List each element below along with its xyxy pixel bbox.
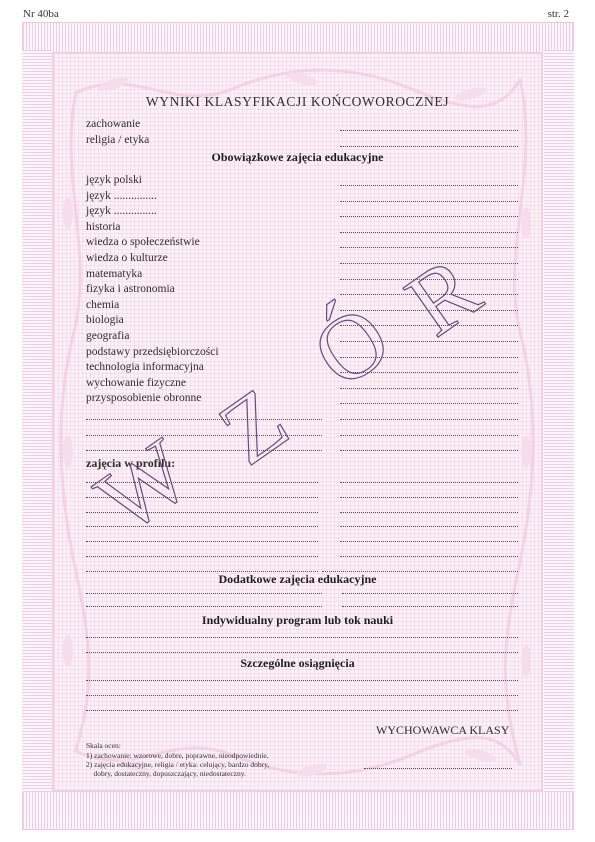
subject-label: fizyka i astronomia <box>86 283 175 295</box>
subject-label: matematyka <box>86 268 142 280</box>
additional-subject-field[interactable] <box>86 606 322 607</box>
signature-field[interactable] <box>364 768 512 769</box>
form-number: Nr 40ba <box>23 8 59 20</box>
subject-grade-field[interactable] <box>340 201 518 202</box>
grading-scale-line: dobry, dostateczny, dopuszczający, niedo… <box>86 769 246 778</box>
section-mandatory: Obowiązkowe zajęcia edukacyjne <box>0 150 595 165</box>
top-item-label: zachowanie <box>86 118 140 130</box>
subject-grade-field[interactable] <box>340 216 518 217</box>
subject-label: język ............... <box>86 205 157 217</box>
subject-label: język polski <box>86 174 142 186</box>
subject-grade-field[interactable] <box>340 403 518 404</box>
grading-scale-heading: Skala ocen: <box>86 741 121 750</box>
achievements-field[interactable] <box>86 680 518 681</box>
subject-label: technologia informacyjna <box>86 361 204 373</box>
profile-grade-field[interactable] <box>340 556 518 557</box>
profile-subject-field[interactable] <box>86 541 318 542</box>
extra-subject-field[interactable] <box>86 419 322 420</box>
profile-subject-field[interactable] <box>86 556 318 557</box>
subject-label: biologia <box>86 314 124 326</box>
individual-program-field[interactable] <box>86 637 518 638</box>
individual-program-field[interactable] <box>86 652 518 653</box>
profile-grade-field[interactable] <box>340 512 518 513</box>
grading-scale-line: 2) zajęcia edukacyjne, religia / etyka: … <box>86 760 269 769</box>
top-item-grade-field[interactable] <box>340 130 518 131</box>
subject-grade-field[interactable] <box>340 185 518 186</box>
subject-label: geografia <box>86 330 129 342</box>
page-number: str. 2 <box>548 8 569 20</box>
subject-label: wychowanie fizyczne <box>86 377 186 389</box>
section-additional: Dodatkowe zajęcia edukacyjne <box>0 572 595 587</box>
subject-label: podstawy przedsiębiorczości <box>86 346 219 358</box>
top-item-grade-field[interactable] <box>340 146 518 147</box>
profile-grade-field[interactable] <box>340 526 518 527</box>
subject-label: historia <box>86 221 121 233</box>
achievements-field[interactable] <box>86 695 518 696</box>
profile-grade-field[interactable] <box>340 482 518 483</box>
achievements-field[interactable] <box>86 710 518 711</box>
section-individual: Indywidualny program lub tok nauki <box>0 613 595 628</box>
signature-label: WYCHOWAWCA KLASY <box>376 723 509 738</box>
additional-subject-field[interactable] <box>86 593 322 594</box>
profile-subject-field[interactable] <box>86 571 318 572</box>
section-achievements: Szczególne osiągnięcia <box>0 656 595 671</box>
extra-grade-field[interactable] <box>340 450 518 451</box>
extra-grade-field[interactable] <box>340 419 518 420</box>
grading-scale-line: 1) zachowanie: wzorowe, dobre, poprawne,… <box>86 751 269 760</box>
subject-label: język ............... <box>86 190 157 202</box>
profile-grade-field[interactable] <box>340 541 518 542</box>
form-title: WYNIKI KLASYFIKACJI KOŃCOWOROCZNEJ <box>0 94 595 110</box>
subject-grade-field[interactable] <box>340 232 518 233</box>
subject-label: wiedza o społeczeństwie <box>86 236 200 248</box>
extra-grade-field[interactable] <box>340 435 518 436</box>
profile-grade-field[interactable] <box>322 571 518 572</box>
additional-grade-field[interactable] <box>342 593 518 594</box>
top-item-label: religia / etyka <box>86 134 149 146</box>
additional-grade-field[interactable] <box>342 606 518 607</box>
subject-label: wiedza o kulturze <box>86 252 168 264</box>
subject-label: chemia <box>86 299 119 311</box>
profile-grade-field[interactable] <box>340 497 518 498</box>
subject-label: przysposobienie obronne <box>86 392 201 404</box>
